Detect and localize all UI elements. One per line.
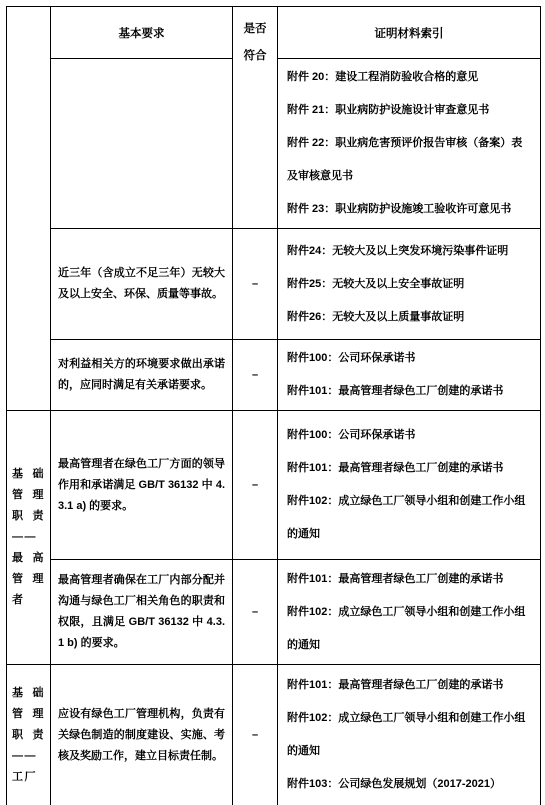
comply-cell: – xyxy=(233,411,278,560)
requirement-cell: 最高管理者确保在工厂内部分配并沟通与绿色工厂相关角色的职责和权限，且满足 GB/… xyxy=(51,560,233,665)
requirement-cell: 近三年（含成立不足三年）无较大及以上安全、环保、质量等事故。 xyxy=(51,229,233,340)
evidence-item: 附件26：无较大及以上质量事故证明 xyxy=(287,301,531,334)
evidence-item: 附件101：最高管理者绿色工厂创建的承诺书 xyxy=(287,375,531,408)
evidence-item: 附件101：最高管理者绿色工厂创建的承诺书 xyxy=(287,452,531,485)
category-cell-top xyxy=(7,7,51,411)
requirement-cell: 对利益相关方的环境要求做出承诺的，应同时满足有关承诺要求。 xyxy=(51,340,233,411)
evidence-cell: 附件 20：建设工程消防验收合格的意见 附件 21：职业病防护设施设计审查意见书… xyxy=(278,59,541,229)
evidence-cell: 附件101：最高管理者绿色工厂创建的承诺书 附件102：成立绿色工厂领导小组和创… xyxy=(278,665,541,805)
evidence-item: 附件102：成立绿色工厂领导小组和创建工作小组的通知 xyxy=(287,596,531,662)
evidence-item: 附件24：无较大及以上突发环境污染事件证明 xyxy=(287,235,531,268)
evidence-cell: 附件100：公司环保承诺书 附件101：最高管理者绿色工厂创建的承诺书 xyxy=(278,340,541,411)
category-cell-top-manager: 基础管理职责——最高管理者 xyxy=(7,411,51,665)
evidence-item: 附件100：公司环保承诺书 xyxy=(287,419,531,452)
evidence-item: 附件100：公司环保承诺书 xyxy=(287,342,531,375)
table-header-row: 基本要求 是否 符合 证明材料索引 xyxy=(7,7,541,59)
evidence-item: 附件 22：职业病危害预评价报告审核（备案）表及审核意见书 xyxy=(287,127,531,193)
table-row: 对利益相关方的环境要求做出承诺的，应同时满足有关承诺要求。 – 附件100：公司… xyxy=(7,340,541,411)
header-comply-line2: 符合 xyxy=(239,43,271,70)
table-row: 最高管理者确保在工厂内部分配并沟通与绿色工厂相关角色的职责和权限，且满足 GB/… xyxy=(7,560,541,665)
evidence-item: 附件103：公司绿色发展规划（2017-2021） xyxy=(287,768,531,801)
header-comply-line1: 是否 xyxy=(239,16,271,43)
requirement-cell: 应设有绿色工厂管理机构，负责有关绿色制造的制度建设、实施、考核及奖励工作，建立目… xyxy=(51,665,233,805)
requirement-cell: 最高管理者在绿色工厂方面的领导作用和承诺满足 GB/T 36132 中 4.3.… xyxy=(51,411,233,560)
evidence-item: 附件 20：建设工程消防验收合格的意见 xyxy=(287,61,531,94)
evidence-item: 附件25：无较大及以上安全事故证明 xyxy=(287,268,531,301)
evidence-item: 附件102：成立绿色工厂领导小组和创建工作小组的通知 xyxy=(287,702,531,768)
comply-cell: – xyxy=(233,229,278,340)
comply-cell: – xyxy=(233,560,278,665)
table-row: 基础管理职责——工厂 应设有绿色工厂管理机构，负责有关绿色制造的制度建设、实施、… xyxy=(7,665,541,805)
evidence-item: 附件 21：职业病防护设施设计审查意见书 xyxy=(287,94,531,127)
evidence-item: 附件101：最高管理者绿色工厂创建的承诺书 xyxy=(287,563,531,596)
table-row: 近三年（含成立不足三年）无较大及以上安全、环保、质量等事故。 – 附件24：无较… xyxy=(7,229,541,340)
header-requirement: 基本要求 xyxy=(51,7,233,59)
header-evidence: 证明材料索引 xyxy=(278,7,541,59)
document-page: 基本要求 是否 符合 证明材料索引 附件 20：建设工程消防验收合格的意见 附件… xyxy=(0,0,545,805)
evidence-cell: 附件101：最高管理者绿色工厂创建的承诺书 附件102：成立绿色工厂领导小组和创… xyxy=(278,560,541,665)
evidence-item: 附件101：最高管理者绿色工厂创建的承诺书 xyxy=(287,669,531,702)
evidence-cell: 附件24：无较大及以上突发环境污染事件证明 附件25：无较大及以上安全事故证明 … xyxy=(278,229,541,340)
header-comply: 是否 符合 xyxy=(233,7,278,229)
evidence-cell: 附件100：公司环保承诺书 附件101：最高管理者绿色工厂创建的承诺书 附件10… xyxy=(278,411,541,560)
category-cell-factory: 基础管理职责——工厂 xyxy=(7,665,51,805)
comply-cell: – xyxy=(233,340,278,411)
table-row: 基础管理职责——最高管理者 最高管理者在绿色工厂方面的领导作用和承诺满足 GB/… xyxy=(7,411,541,560)
requirement-cell xyxy=(51,59,233,229)
evidence-item: 附件 23：职业病防护设施竣工验收许可意见书 xyxy=(287,193,531,226)
evidence-item: 附件102：成立绿色工厂领导小组和创建工作小组的通知 xyxy=(287,485,531,551)
comply-cell: – xyxy=(233,665,278,805)
compliance-table: 基本要求 是否 符合 证明材料索引 附件 20：建设工程消防验收合格的意见 附件… xyxy=(6,6,541,805)
